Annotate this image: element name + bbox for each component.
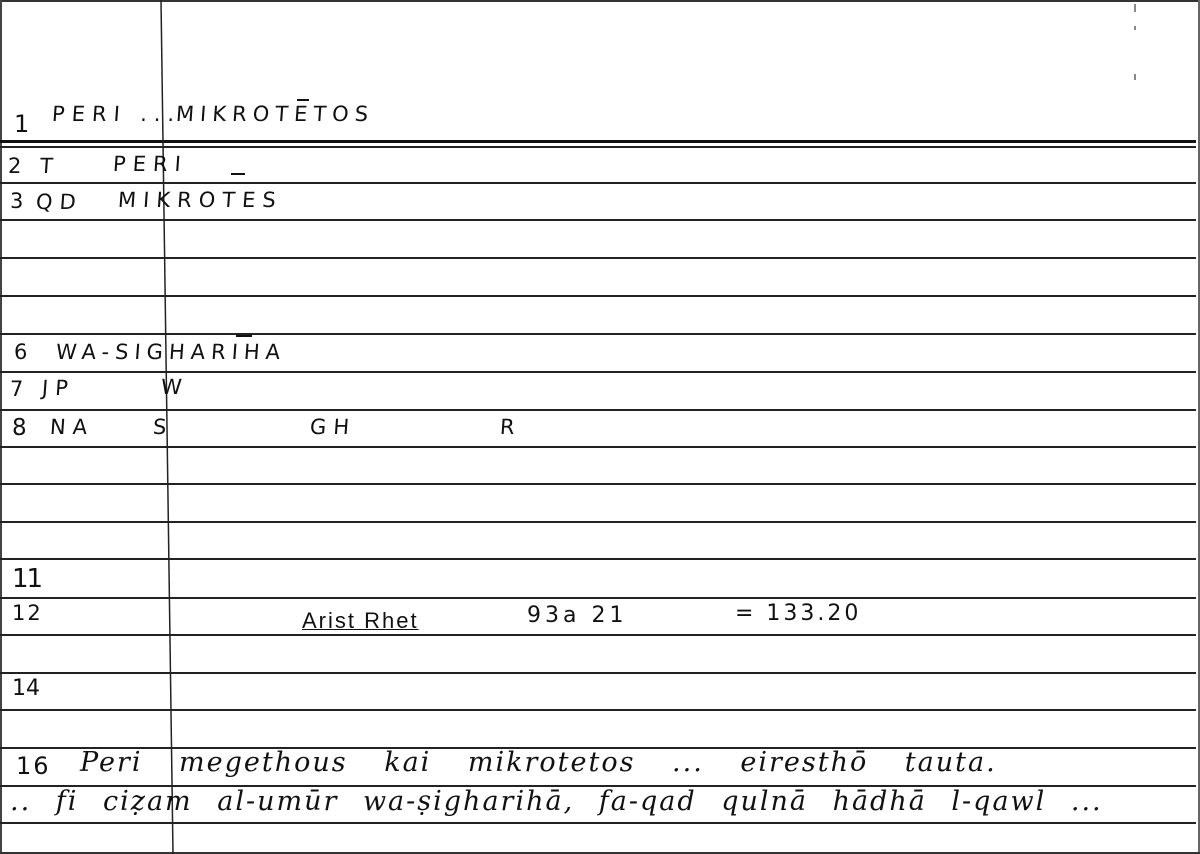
bekker-reference: 93a 21	[527, 605, 627, 627]
row-value: MIKROTES	[117, 190, 283, 211]
ruled-line	[0, 521, 1196, 523]
ruled-line	[0, 634, 1196, 636]
macron-mark	[297, 99, 309, 101]
row-code: QD	[35, 192, 83, 213]
card-top-border	[0, 0, 1200, 2]
header-left-term: PERI ...	[51, 104, 182, 125]
arabic-edition-reference: = 133.20	[735, 603, 861, 625]
scan-mark	[1134, 26, 1136, 30]
row-line-number: 11	[12, 566, 41, 592]
row-value: PERI	[112, 154, 188, 175]
card-left-border	[0, 0, 2, 854]
header-double-rule-top	[0, 140, 1196, 143]
ruled-line	[0, 333, 1196, 335]
row-code: NA	[49, 417, 95, 438]
arabic-context: .. fi ciẓam al-umūr wa-ṣigharihā, fa-qad…	[10, 788, 1103, 815]
row-letter-s: S	[152, 417, 174, 438]
ruled-line	[0, 409, 1196, 411]
ruled-line	[0, 446, 1196, 448]
row-letter-gh: GH	[309, 417, 357, 438]
header-line-number: 1	[14, 112, 31, 136]
index-card: 1 PERI ... MIKROTETOS 2 T PERI 3 QD MIKR…	[0, 0, 1200, 854]
ruled-line	[0, 371, 1196, 373]
ruled-line	[0, 597, 1196, 599]
row-line-number: 2	[8, 156, 23, 177]
row-line-number: 6	[14, 342, 29, 363]
row-value: WA-SIGHARIHA	[55, 342, 286, 363]
greek-context: Peri megethous kai mikrotetos ... eirest…	[80, 749, 997, 776]
ruled-line	[0, 672, 1196, 674]
row-code: T	[39, 156, 60, 177]
source-reference: Arist Rhet	[302, 610, 419, 632]
row-line-number: 14	[12, 678, 40, 700]
row-line-number: 3	[10, 191, 25, 212]
row-line-number: 8	[12, 417, 29, 440]
row-code: JP	[41, 378, 75, 399]
ruled-line	[0, 709, 1196, 711]
ruled-line	[0, 257, 1196, 259]
header-right-term: MIKROTETOS	[175, 104, 374, 125]
ruled-line	[0, 219, 1196, 221]
ruled-line	[0, 483, 1196, 485]
column-divider	[0, 0, 1200, 854]
macron-mark	[236, 335, 252, 337]
ruled-line	[0, 295, 1196, 297]
scan-mark	[1134, 74, 1136, 80]
header-double-rule-bottom	[0, 146, 1196, 148]
row-line-number: 7	[10, 379, 25, 400]
ruled-line	[0, 182, 1196, 184]
row-value: W	[160, 377, 189, 398]
ruled-line	[0, 558, 1196, 560]
scan-mark	[1134, 4, 1136, 12]
row-letter-r: R	[499, 417, 522, 438]
ruled-line	[0, 822, 1196, 824]
row-line-number: 12	[12, 603, 43, 624]
macron-mark	[231, 173, 245, 175]
row-line-number: 16	[16, 754, 51, 778]
